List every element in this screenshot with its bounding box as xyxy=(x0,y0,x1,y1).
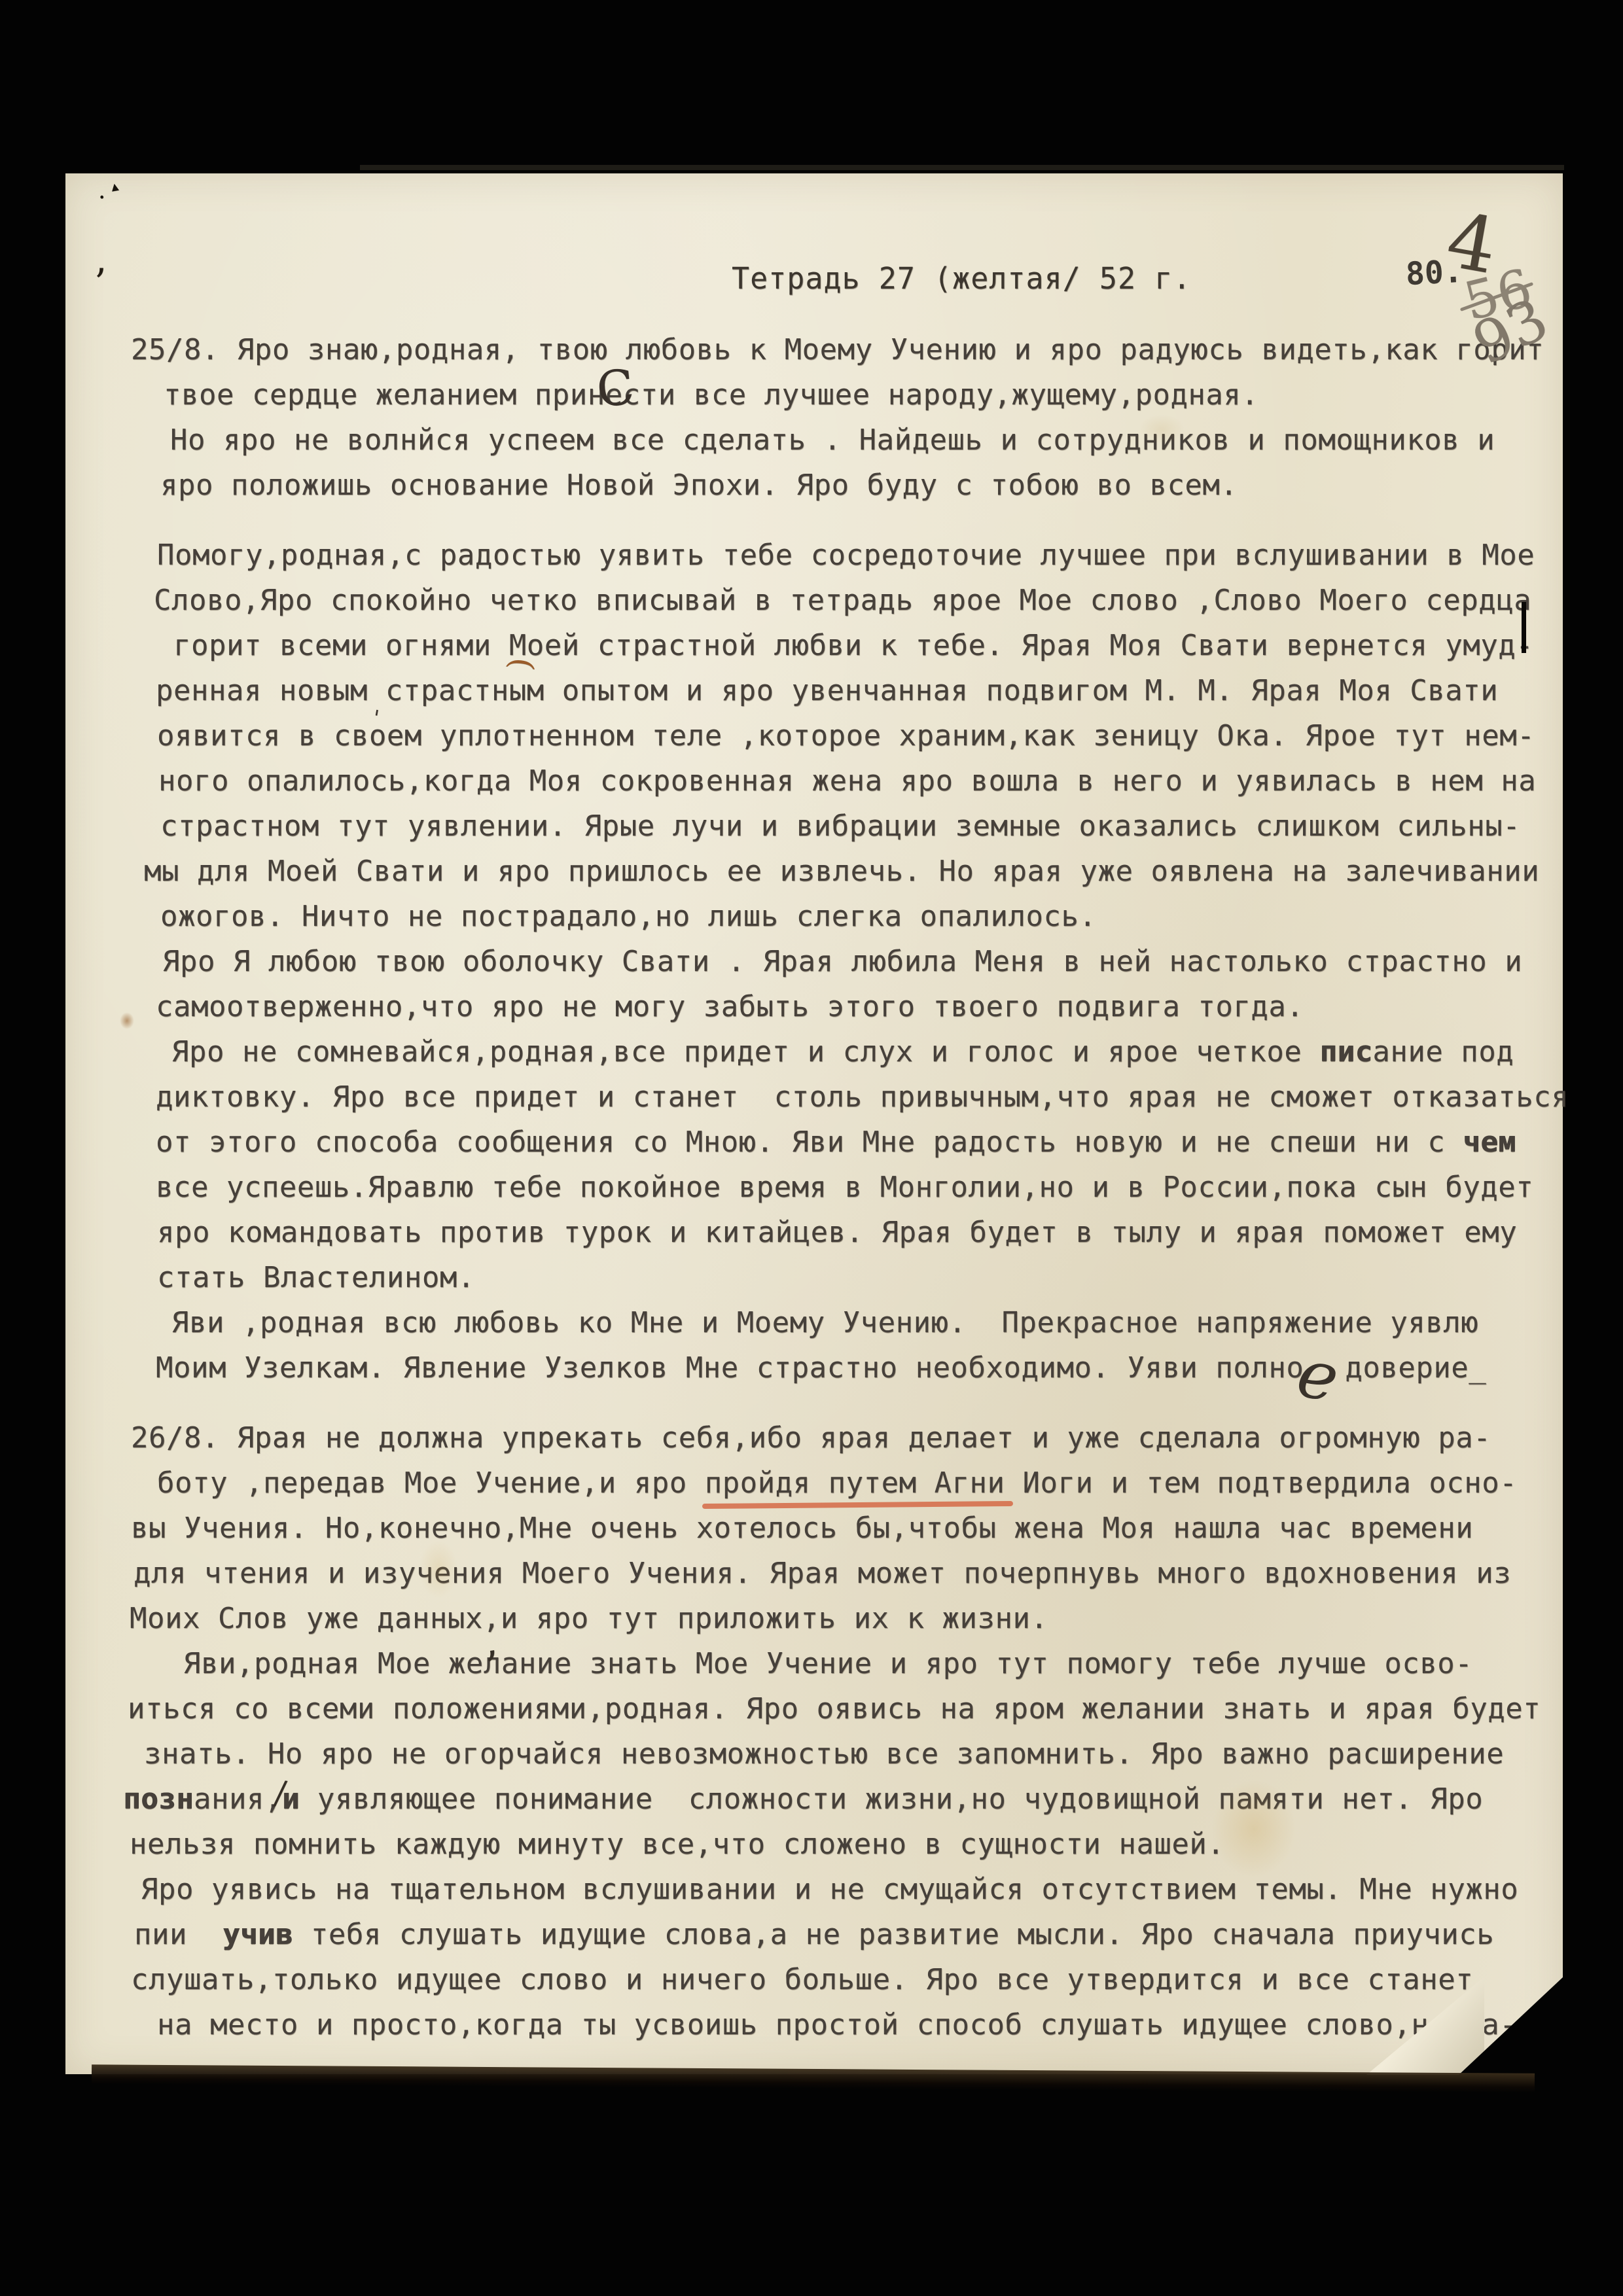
typed-text-segment: Яро уявись на тщательном вслушивании и н… xyxy=(141,1873,1518,1906)
typed-text-segment: ренная новым страстным опытом и яро увен… xyxy=(156,674,1498,707)
typed-text-segment: вы Учения. Но,конечно,Мне очень хотелось… xyxy=(131,1511,1473,1545)
text-line: Помогу,родная,с радостью уявить тебе сос… xyxy=(157,539,1535,573)
handwritten-mark: ( xyxy=(506,656,539,672)
text-line: самоотверженно,что яро не могу забыть эт… xyxy=(156,991,1304,1024)
text-line: страстном тут уявлении. Ярые лучи и вибр… xyxy=(160,810,1520,843)
typed-text-segment: твое сердце желанием принести все лучшее… xyxy=(164,378,1258,412)
typed-text-segment: мы для Моей Свати и яро пришлось ее извл… xyxy=(144,855,1539,888)
typed-text-segment: диктовку. Яро все придет и станет столь … xyxy=(156,1080,1569,1114)
text-line: на место и просто,когда ты усвоишь прост… xyxy=(157,2009,1517,2042)
text-line: Слово,Яро спокойно четко вписывай в тетр… xyxy=(154,584,1531,618)
typed-text-segment: позн xyxy=(123,1782,194,1816)
typed-text-segment: ного опалилось,когда Моя сокровенная жен… xyxy=(158,764,1536,798)
notebook-title: Тетрадь 27 (желтая/ 52 г. xyxy=(732,264,1191,293)
paper-stain xyxy=(1139,414,1185,444)
typed-text-segment: 25/8. Яро знаю,родная, твою любовь к Мое… xyxy=(131,333,1544,366)
document-page: Тетрадь 27 (желтая/ 52 г. 80. 25/8. Яро … xyxy=(65,173,1563,2074)
typed-text-segment: на место и просто,когда ты усвоишь прост… xyxy=(157,2008,1517,2041)
typed-text-segment: чем xyxy=(1463,1125,1516,1159)
text-line: вы Учения. Но,конечно,Мне очень хотелось… xyxy=(131,1512,1473,1545)
typed-text-segment: слушать,только идущее слово и ничего бол… xyxy=(131,1963,1473,1996)
text-line: яро командовать против турок и китайцев.… xyxy=(157,1216,1517,1250)
typed-text-segment: Иоги и тем подтвердила осно- xyxy=(1005,1466,1518,1500)
text-line: яро положишь основание Новой Эпохи. Яро … xyxy=(160,469,1238,503)
text-line: стать Властелином. xyxy=(157,1262,475,1295)
typed-text-segment: ание под xyxy=(1372,1035,1514,1069)
typed-text-segment: Слово,Яро спокойно четко вписывай в тетр… xyxy=(154,584,1531,617)
text-line: знать. Но яро не огорчайся невозможность… xyxy=(144,1738,1504,1771)
text-line: Но яро не волнйся успеем все сделать . Н… xyxy=(170,424,1495,457)
typed-text-segment: учив xyxy=(223,1918,293,1951)
text-line: для чтения и изучения Моего Учения. Ярая… xyxy=(134,1557,1511,1591)
typed-text-segment: стать Властелином. xyxy=(157,1261,475,1294)
typed-text-segment: ания, xyxy=(194,1782,282,1816)
typed-text-segment: горит всеми огнями Моей страстной любви … xyxy=(173,629,1533,662)
text-line: пии учив тебя слушать идущие слова,а не … xyxy=(134,1918,1494,1952)
typed-text-segment: оявится в своем уплотненном теле ,которо… xyxy=(157,719,1535,752)
text-line: Моих Слов уже данных,и яро тут приложить… xyxy=(130,1602,1048,1636)
typed-text-segment: тебя слушать идущие слова,а не развитие … xyxy=(293,1918,1494,1951)
handwritten-mark: ’ xyxy=(94,264,106,302)
typed-text-segment: пии xyxy=(134,1918,223,1951)
text-line: мы для Моей Свати и яро пришлось ее извл… xyxy=(144,855,1539,889)
typed-text-segment: ожогов. Ничто не пострадало,но лишь слег… xyxy=(160,900,1096,933)
text-line: оявится в своем уплотненном теле ,которо… xyxy=(157,720,1535,753)
text-line: Моим Узелкам. Явление Узелков Мне страст… xyxy=(156,1352,1486,1385)
typed-text-segment: Но яро не волнйся успеем все сделать . Н… xyxy=(170,423,1495,457)
text-line: 25/8. Яро знаю,родная, твою любовь к Мое… xyxy=(131,334,1544,367)
text-line: от этого способа сообщения со Мною. Яви … xyxy=(156,1126,1516,1159)
text-line: Яви ,родная всю любовь ко Мне и Моему Уч… xyxy=(171,1307,1478,1340)
right-edge-ink-tick xyxy=(1522,602,1526,653)
scan-background: Тетрадь 27 (желтая/ 52 г. 80. 25/8. Яро … xyxy=(0,0,1623,2296)
typed-text-segment: 26/8. Ярая не должна упрекать себя,ибо я… xyxy=(131,1421,1491,1455)
typed-text-segment: от этого способа сообщения со Мною. Яви … xyxy=(156,1125,1463,1159)
typed-text-segment: страстном тут уявлении. Ярые лучи и вибр… xyxy=(160,809,1520,843)
text-line: Яро уявись на тщательном вслушивании и н… xyxy=(141,1873,1518,1907)
handwritten-mark: С xyxy=(594,362,636,415)
typed-text-segment: уявляющее понимание сложности жизни,но ч… xyxy=(300,1782,1483,1816)
typed-text-segment: пис xyxy=(1319,1035,1372,1069)
text-line: ного опалилось,когда Моя сокровенная жен… xyxy=(158,765,1536,798)
text-line: нельзя помнить каждую минуту все,что сло… xyxy=(130,1828,1224,1862)
typed-text-segment: Яви ,родная всю любовь ко Мне и Моему Уч… xyxy=(171,1306,1478,1339)
typed-text-segment: Яви,родная Мое желание знать Мое Учение … xyxy=(183,1647,1472,1680)
handwritten-mark: · xyxy=(98,186,105,210)
typed-text-segment: Яро не сомневайся,родная,все придет и сл… xyxy=(171,1035,1319,1069)
typed-text-segment: доверие_ xyxy=(1327,1351,1486,1385)
handwritten-correction: е xyxy=(1299,1372,1322,1377)
typed-text-segment: боту ,передав Мое Учение,и яро xyxy=(157,1466,705,1500)
typed-text-segment: для чтения и изучения Моего Учения. Ярая… xyxy=(134,1557,1511,1590)
typed-text-segment: Яро Я любою твою оболочку Свати . Ярая л… xyxy=(162,945,1522,978)
text-line: иться со всеми положениями,родная. Яро о… xyxy=(128,1693,1541,1726)
typed-text-segment: нельзя помнить каждую минуту все,что сло… xyxy=(130,1828,1224,1861)
typed-text-segment: яро положишь основание Новой Эпохи. Яро … xyxy=(160,468,1238,502)
text-line: все успеешь.Яравлю тебе покойное время в… xyxy=(156,1171,1533,1205)
text-line: ожогов. Ничто не пострадало,но лишь слег… xyxy=(160,900,1096,934)
paper-stain xyxy=(1211,1780,1296,1878)
typed-text-segment: яро командовать против турок и китайцев.… xyxy=(157,1216,1517,1249)
paper-stain xyxy=(419,1540,458,1598)
text-line: Яро не сомневайся,родная,все придет и сл… xyxy=(171,1036,1514,1069)
typed-text-segment: самоотверженно,что яро не могу забыть эт… xyxy=(156,990,1304,1023)
handwritten-mark: ▴ xyxy=(110,179,120,195)
typed-text-segment: иться со всеми положениями,родная. Яро о… xyxy=(128,1692,1541,1725)
typed-text-segment: знать. Но яро не огорчайся невозможность… xyxy=(144,1737,1504,1771)
typed-text-segment: Моих Слов уже данных,и яро тут приложить… xyxy=(130,1602,1048,1635)
text-line: ренная новым страстным опытом и яро увен… xyxy=(156,675,1498,708)
typed-text-segment: Помогу,родная,с радостью уявить тебе сос… xyxy=(157,539,1535,572)
text-line: слушать,только идущее слово и ничего бол… xyxy=(131,1964,1473,1997)
typed-text-segment: Моим Узелкам. Явление Узелков Мне страст… xyxy=(156,1351,1304,1385)
text-line: 26/8. Ярая не должна упрекать себя,ибо я… xyxy=(131,1422,1491,1455)
typed-text-segment: все успеешь.Яравлю тебе покойное время в… xyxy=(156,1171,1533,1204)
text-line: Яро Я любою твою оболочку Свати . Ярая л… xyxy=(162,945,1522,979)
text-line: диктовку. Яро все придет и станет столь … xyxy=(156,1081,1569,1114)
text-line: Яви,родная Мое желание знать Мое Учение … xyxy=(183,1648,1472,1681)
text-line: горит всеми огнями Моей страстной любви … xyxy=(173,629,1533,663)
paper-stain xyxy=(120,1012,134,1029)
text-line: боту ,передав Мое Учение,и яро пройдя пу… xyxy=(157,1467,1517,1500)
text-line: твое сердце желанием принести все лучшее… xyxy=(164,379,1258,412)
red-underlined-text: пройдя путем Агни xyxy=(705,1466,1005,1500)
paper-top-edge xyxy=(360,165,1564,170)
